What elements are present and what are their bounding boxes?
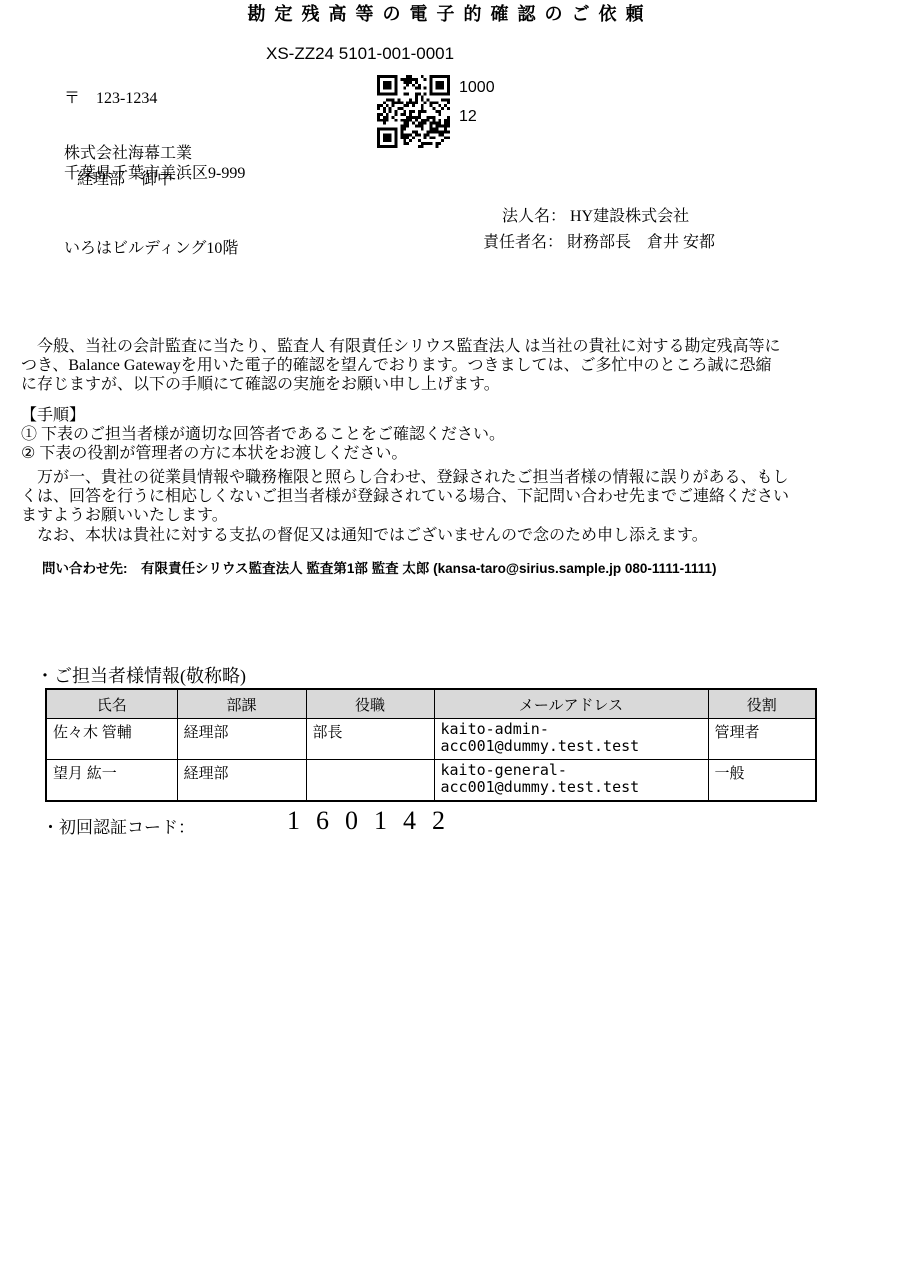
document-page: 〒 123-1234 千葉県千葉市美浜区9-999 いろはビルディング10階 X… — [0, 0, 900, 1276]
header-email: メールアドレス — [434, 689, 708, 719]
cell-position — [306, 760, 434, 802]
header-name: 氏名 — [46, 689, 177, 719]
qr-value-top: 1000 — [459, 79, 495, 97]
recipient-address-line2: いろはビルディング10階 — [64, 236, 245, 261]
issuer-corporation: 法人名： HY建設株式会社 — [502, 203, 689, 226]
cell-name: 望月 紘一 — [46, 760, 177, 802]
recipient-company: 株式会社海幕工業 — [64, 140, 192, 163]
notice-paragraph: 万が一、貴社の従業員情報や職務権限と照らし合わせ、登録されたご担当者様の情報に誤… — [21, 468, 789, 545]
table-row: 望月 紘一 経理部 kaito-general- acc001@dummy.te… — [46, 760, 816, 802]
auth-code-label: ・初回認証コード： — [42, 813, 195, 838]
recipient-postal-code: 〒 123-1234 — [64, 86, 245, 111]
contact-line: 問い合わせ先: 有限責任シリウス監査法人 監査第1部 監査 太郎 (kansa-… — [42, 557, 716, 577]
cell-role: 一般 — [708, 760, 816, 802]
cell-role: 管理者 — [708, 719, 816, 760]
issuer-responsible-person: 責任者名： 財務部長 倉井 安都 — [483, 229, 715, 252]
document-title: 勘定残高等の電子的確認のご依頼 — [0, 0, 900, 26]
staff-table: 氏名 部課 役職 メールアドレス 役割 佐々木 管輔 経理部 部長 kaito-… — [45, 688, 817, 802]
cell-dept: 経理部 — [177, 719, 306, 760]
table-row: 佐々木 管輔 経理部 部長 kaito-admin- acc001@dummy.… — [46, 719, 816, 760]
auth-code-value: 160142 — [287, 806, 461, 836]
cell-position: 部長 — [306, 719, 434, 760]
header-role: 役割 — [708, 689, 816, 719]
header-position: 役職 — [306, 689, 434, 719]
intro-paragraph: 今般、当社の会計監査に当たり、監査人 有限責任シリウス監査法人 は当社の貴社に対… — [21, 337, 781, 395]
header-dept: 部課 — [177, 689, 306, 719]
cell-name: 佐々木 管輔 — [46, 719, 177, 760]
cell-email: kaito-admin- acc001@dummy.test.test — [434, 719, 708, 760]
recipient-department: 経理部 御中 — [77, 166, 173, 189]
cell-dept: 経理部 — [177, 760, 306, 802]
qr-value-bottom: 12 — [459, 108, 477, 126]
document-number: XS-ZZ24 5101-001-0001 — [266, 44, 454, 64]
cell-email: kaito-general- acc001@dummy.test.test — [434, 760, 708, 802]
qr-code — [377, 75, 450, 148]
staff-table-heading: ・ご担当者様情報(敬称略) — [36, 662, 246, 688]
table-header-row: 氏名 部課 役職 メールアドレス 役割 — [46, 689, 816, 719]
qr-code-container — [377, 75, 450, 148]
steps-section: 【手順】 ① 下表のご担当者様が適切な回答者であることをご確認ください。 ② 下… — [21, 406, 505, 464]
